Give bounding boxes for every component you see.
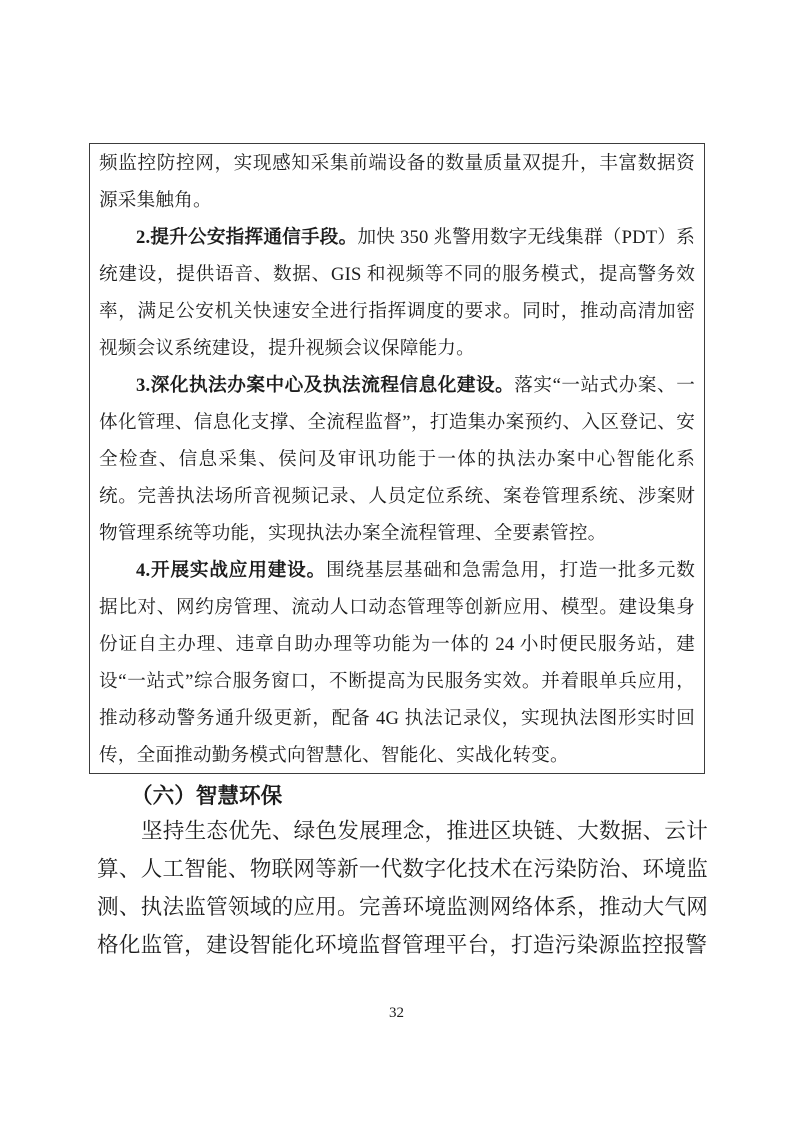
section-paragraph: 坚持生态优先、绿色发展理念，推进区块链、大数据、云计算、人工智能、物联网等新一代… bbox=[97, 812, 708, 964]
box-paragraph-4: 4.开展实战应用建设。围绕基层基础和急需急用，打造一批多元数据比对、网约房管理、… bbox=[99, 552, 695, 774]
paragraph-text: 落实“一站式办案、一体化管理、信息化支撑、全流程监督”，打造集办案预约、入区登记… bbox=[99, 375, 695, 544]
paragraph-text: 围绕基层基础和急需急用，打造一批多元数据比对、网约房管理、流动人口动态管理等创新… bbox=[99, 560, 695, 766]
paragraph-text: 频监控防控网，实现感知采集前端设备的数量质量双提升，丰富数据资源采集触角。 bbox=[99, 153, 695, 211]
paragraph-lead: 4.开展实战应用建设。 bbox=[136, 560, 326, 581]
paragraph-lead: 2.提升公安指挥通信手段。 bbox=[136, 227, 357, 248]
document-page: 频监控防控网，实现感知采集前端设备的数量质量双提升，丰富数据资源采集触角。 2.… bbox=[0, 0, 793, 1122]
bordered-text-box: 频监控防控网，实现感知采集前端设备的数量质量双提升，丰富数据资源采集触角。 2.… bbox=[89, 143, 705, 774]
paragraph-lead: 3.深化执法办案中心及执法流程信息化建设。 bbox=[136, 375, 514, 396]
section-heading: （六）智慧环保 bbox=[97, 781, 709, 811]
box-paragraph-2: 2.提升公安指挥通信手段。加快 350 兆警用数字无线集群（PDT）系统建设，提… bbox=[99, 219, 695, 367]
box-paragraph-continuation: 频监控防控网，实现感知采集前端设备的数量质量双提升，丰富数据资源采集触角。 bbox=[99, 145, 695, 219]
box-paragraph-3: 3.深化执法办案中心及执法流程信息化建设。落实“一站式办案、一体化管理、信息化支… bbox=[99, 367, 695, 552]
page-number: 32 bbox=[0, 1004, 793, 1022]
